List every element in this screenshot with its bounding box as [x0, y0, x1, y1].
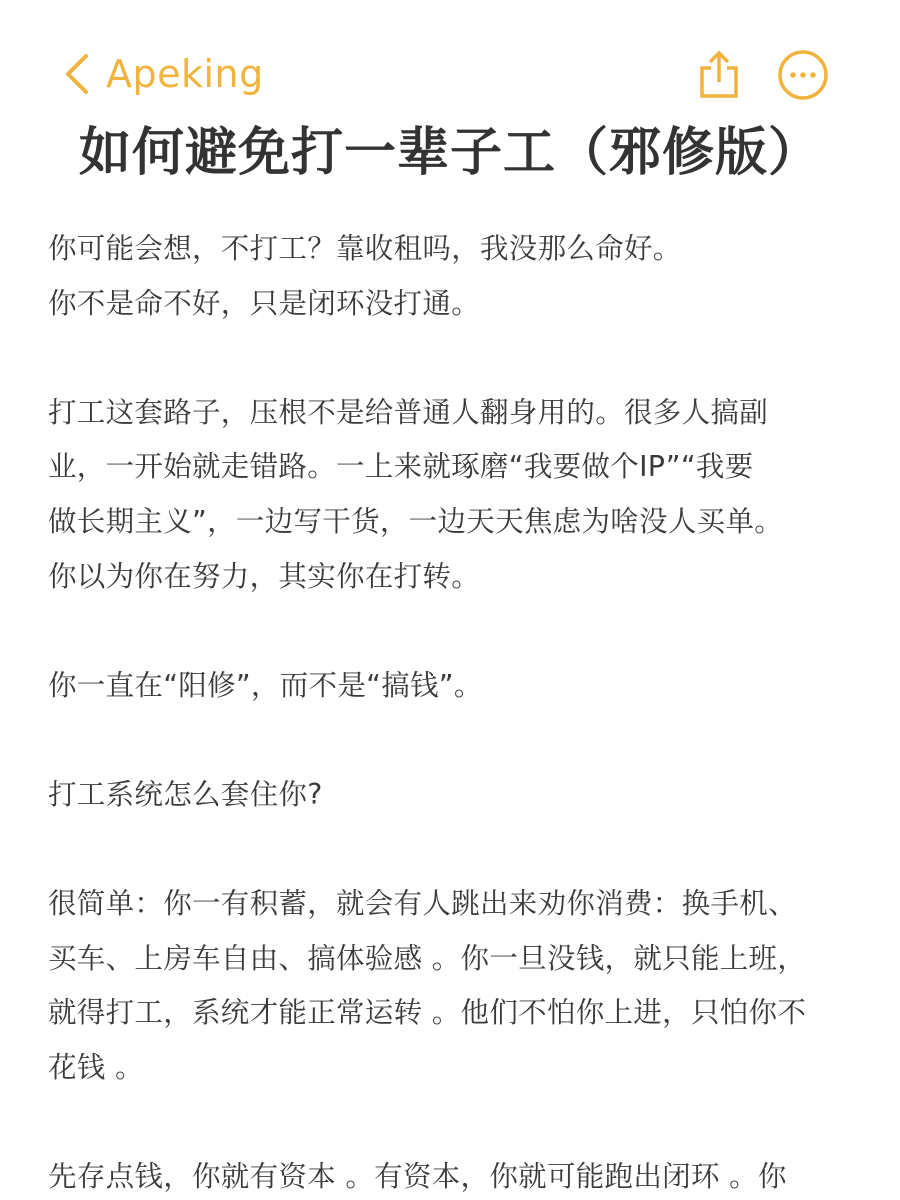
paragraph-gap	[48, 331, 888, 386]
body-line: 买车、上房车自由、搞体验感 。你一旦没钱，就只能上班，	[48, 932, 888, 987]
paragraph-gap	[48, 1096, 888, 1151]
body-line: 打工这套路子，压根不是给普通人翻身用的。很多人搞副	[48, 386, 888, 441]
paragraph-gap	[48, 604, 888, 659]
body-line: 你以为你在努力，其实你在打转。	[48, 550, 888, 605]
paragraph-gap	[48, 713, 888, 768]
nav-bar: Apeking	[0, 38, 900, 108]
chevron-left-icon	[62, 52, 92, 96]
body-line: 你一直在“阳修”，而不是“搞钱”。	[48, 659, 888, 714]
body-line: 业，一开始就走错路。一上来就琢磨“我要做个IP”“我要	[48, 440, 888, 495]
back-label: Apeking	[106, 46, 264, 102]
more-horizontal-circle-icon	[776, 87, 830, 106]
body-line: 做长期主义”，一边写干货，一边天天焦虑为啥没人买单。	[48, 495, 888, 550]
more-button[interactable]	[776, 48, 830, 106]
back-button[interactable]: Apeking	[62, 46, 264, 102]
article-body: 你可能会想，不打工？靠收租吗，我没那么命好。 你不是命不好，只是闭环没打通。 打…	[48, 222, 888, 1200]
body-line: 先存点钱，你就有资本 。有资本，你就可能跑出闭环 。你	[48, 1150, 888, 1200]
share-button[interactable]	[696, 48, 742, 104]
body-line: 你不是命不好，只是闭环没打通。	[48, 277, 888, 332]
body-line: 花钱 。	[48, 1041, 888, 1096]
paragraph-gap	[48, 823, 888, 878]
body-line: 就得打工，系统才能正常运转 。他们不怕你上进，只怕你不	[48, 986, 888, 1041]
body-line: 你可能会想，不打工？靠收租吗，我没那么命好。	[48, 222, 888, 277]
body-line: 很简单：你一有积蓄，就会有人跳出来劝你消费：换手机、	[48, 877, 888, 932]
article-title: 如何避免打一辈子工（邪修版）	[0, 118, 900, 188]
share-icon	[696, 85, 742, 104]
body-line: 打工系统怎么套住你?	[48, 768, 888, 823]
